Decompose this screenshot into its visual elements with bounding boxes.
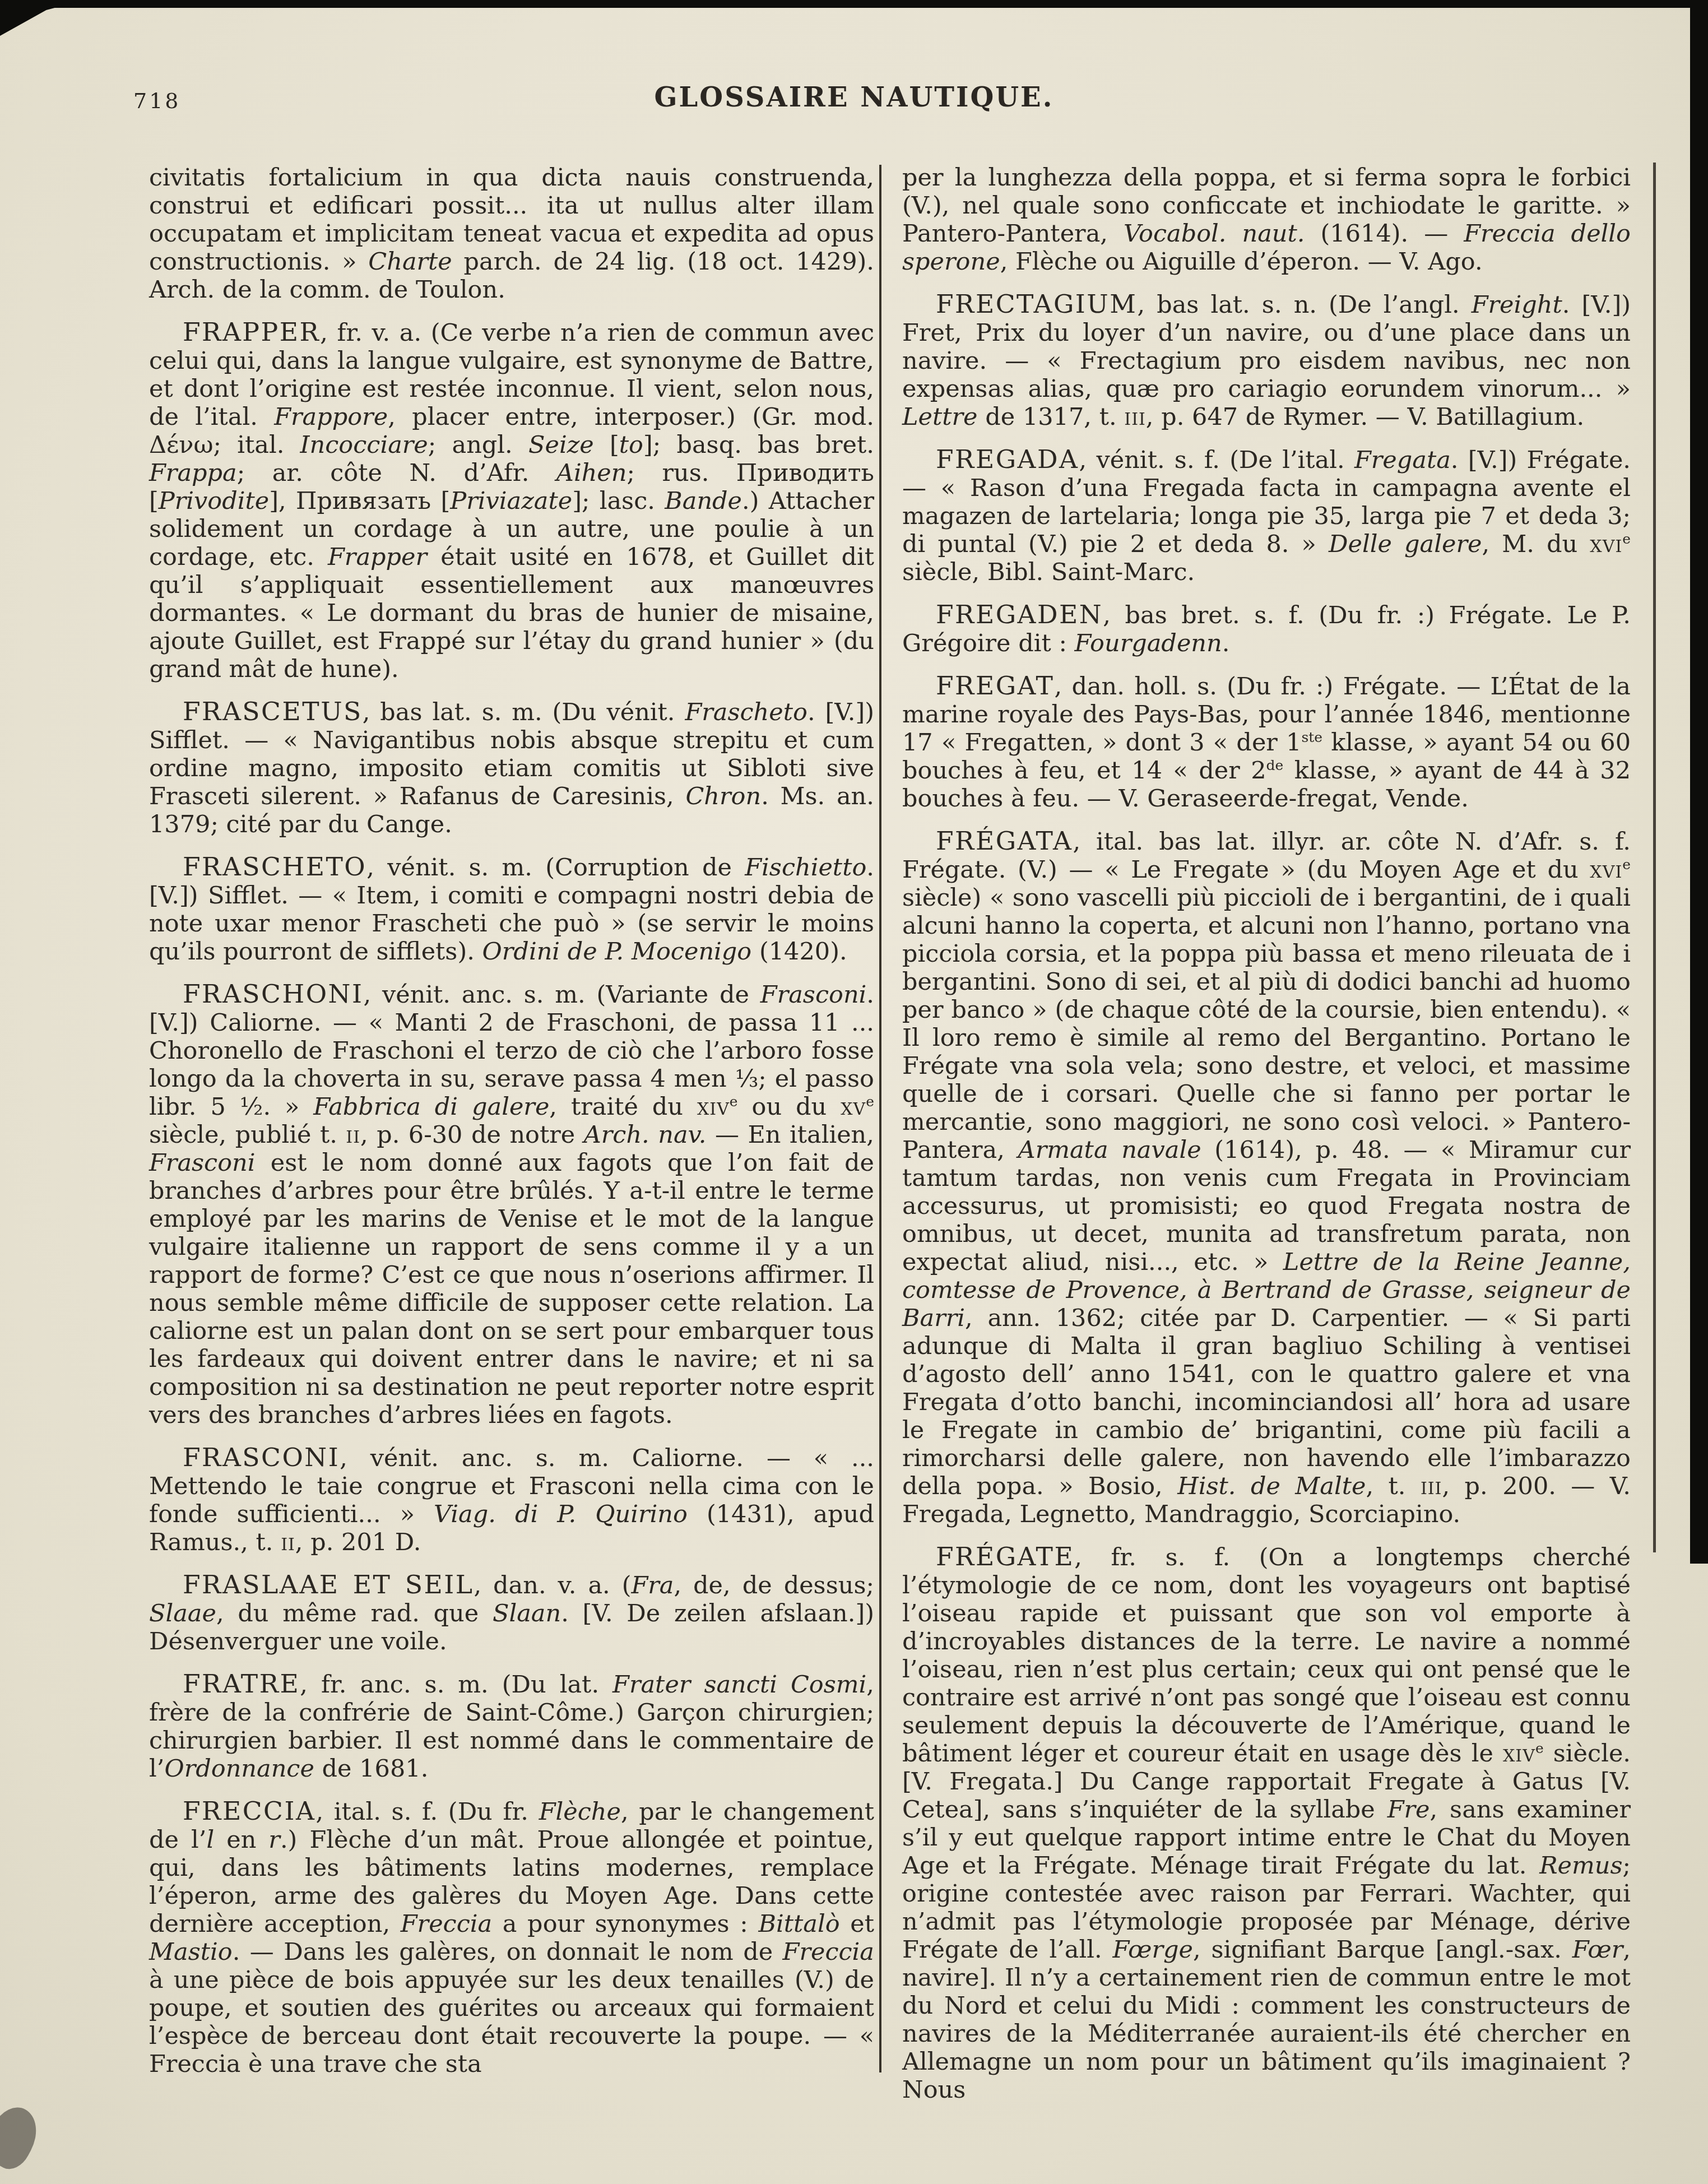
entry-frapper: FRAPPER, fr. v. a. (Ce verbe n’a rien de… (149, 318, 874, 683)
entry-fregat: FREGAT, dan. holl. s. (Du fr. :) Frégate… (902, 672, 1631, 813)
entry-fratre: FRATRE, fr. anc. s. m. (Du lat. Frater s… (149, 1670, 874, 1783)
entry-continuation-charte: civitatis fortalicium in qua dicta nauis… (149, 164, 874, 304)
left-column: civitatis fortalicium in qua dicta nauis… (149, 164, 874, 2078)
page-right-rule (1653, 163, 1656, 1552)
entry-frectagium: FRECTAGIUM, bas lat. s. n. (De l’angl. F… (902, 290, 1631, 431)
headword: FRÉGATE (936, 1542, 1074, 1571)
scanned-book-page: { "page": { "number": "718", "title": "G… (0, 0, 1708, 2184)
entry-fregaden: FREGADEN, bas bret. s. f. (Du fr. :) Fré… (902, 601, 1631, 657)
headword: FREGAT (936, 671, 1054, 701)
headword: FRATRE (183, 1669, 300, 1699)
headword: FRASCHONI (183, 979, 363, 1009)
headword: FREGADEN (936, 600, 1103, 629)
headword: FRECCIA (183, 1796, 315, 1826)
entry-frasconi: FRASCONI, vénit. anc. s. m. Caliorne. — … (149, 1444, 874, 1556)
page-title: GLOSSAIRE NAUTIQUE. (0, 82, 1708, 113)
entry-fregada: FREGADA, vénit. s. f. (De l’ital. Fregat… (902, 446, 1631, 586)
entry-fraschoni: FRASCHONI, vénit. anc. s. m. (Variante d… (149, 980, 874, 1429)
headword: FRAPPER (183, 317, 320, 347)
entry-continuation-freccia: per la lunghezza della poppa, et si ferm… (902, 164, 1631, 276)
scan-smudge-bottom-left (0, 2100, 47, 2176)
entry-fregata: FRÉGATA, ital. bas lat. illyr. ar. côte … (902, 827, 1631, 1528)
entry-fraslaae-et-seil: FRASLAAE ET SEIL, dan. v. a. (Fra, de, d… (149, 1571, 874, 1656)
column-divider-rule (879, 165, 881, 2072)
headword: FRÉGATA (936, 826, 1073, 856)
scan-edge-top (0, 0, 1708, 8)
headword: FRASCHETO (183, 852, 366, 882)
entry-fregate: FRÉGATE, fr. s. f. (On a longtemps cherc… (902, 1543, 1631, 2104)
headword: FRASCONI (183, 1443, 340, 1472)
headword: FRASCETUS (183, 697, 363, 726)
headword: FRASLAAE ET SEIL (183, 1570, 474, 1599)
right-column: per la lunghezza della poppa, et si ferm… (902, 164, 1631, 2104)
entry-frascetus: FRASCETUS, bas lat. s. m. (Du vénit. Fra… (149, 698, 874, 838)
entry-frascheto: FRASCHETO, vénit. s. m. (Corruption de F… (149, 853, 874, 966)
headword: FRECTAGIUM (936, 289, 1137, 319)
entry-freccia: FRECCIA, ital. s. f. (Du fr. Flèche, par… (149, 1797, 874, 2078)
scan-edge-right (1690, 0, 1708, 1564)
headword: FREGADA (936, 444, 1079, 474)
